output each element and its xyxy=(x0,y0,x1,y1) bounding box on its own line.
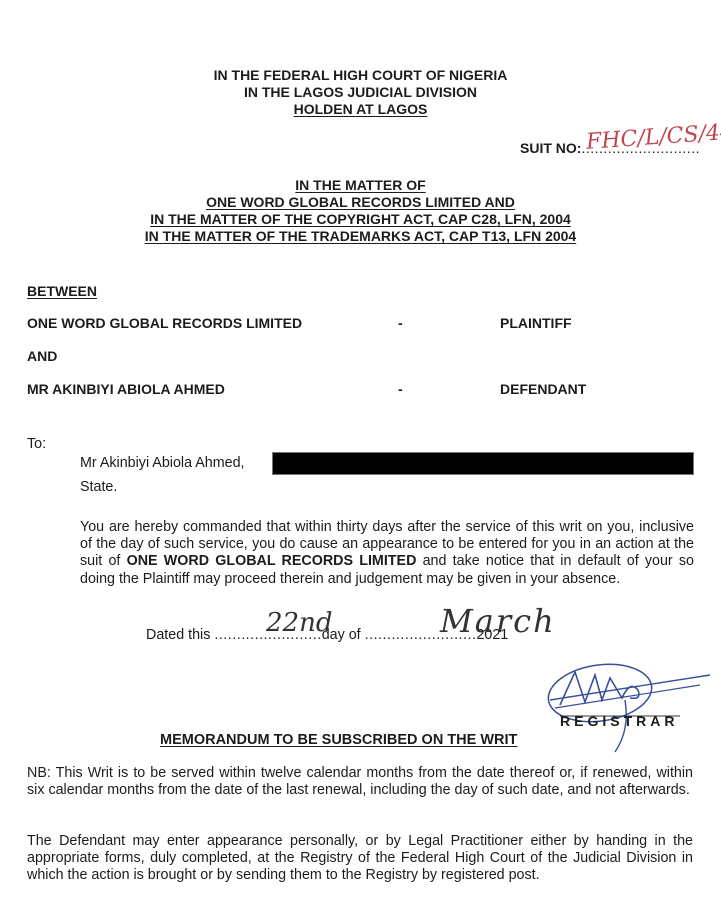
dated-day-handwritten: 22nd xyxy=(266,608,332,638)
command-paragraph: You are hereby commanded that within thi… xyxy=(80,519,694,588)
defendant-name: MR AKINBIYI ABIOLA AHMED xyxy=(27,381,225,397)
court-division: IN THE LAGOS JUDICIAL DIVISION xyxy=(0,84,721,101)
matter-line: IN THE MATTER OF xyxy=(0,177,721,194)
command-plaintiff: ONE WORD GLOBAL RECORDS LIMITED xyxy=(127,553,417,569)
memorandum-nb: NB: This Writ is to be served within twe… xyxy=(27,765,693,799)
addressee-state: State. xyxy=(80,479,117,496)
defendant-role: DEFENDANT xyxy=(500,381,586,397)
memorandum-appearance: The Defendant may enter appearance perso… xyxy=(27,833,693,885)
between-label: BETWEEN xyxy=(27,283,97,299)
addressee-name: Mr Akinbiyi Abiola Ahmed, xyxy=(80,455,245,472)
matter-line: IN THE MATTER OF THE TRADEMARKS ACT, CAP… xyxy=(0,228,721,245)
dated-month-handwritten: March xyxy=(440,602,556,640)
registrar-signature-icon xyxy=(530,660,720,755)
and-label: AND xyxy=(27,348,57,364)
matter-block: IN THE MATTER OF ONE WORD GLOBAL RECORDS… xyxy=(0,177,721,245)
matter-line: IN THE MATTER OF THE COPYRIGHT ACT, CAP … xyxy=(0,211,721,228)
court-header: IN THE FEDERAL HIGH COURT OF NIGERIA IN … xyxy=(0,67,721,118)
dated-prefix: Dated this xyxy=(146,627,210,643)
court-name: IN THE FEDERAL HIGH COURT OF NIGERIA xyxy=(0,67,721,84)
suit-number-label: SUIT NO: xyxy=(520,140,581,156)
matter-line: ONE WORD GLOBAL RECORDS LIMITED AND xyxy=(0,194,721,211)
plaintiff-dash: - xyxy=(398,315,403,331)
court-holden: HOLDEN AT LAGOS xyxy=(0,101,721,118)
suit-number-handwritten: FHC/L/CS/447/ xyxy=(585,118,721,155)
defendant-dash: - xyxy=(398,381,403,397)
plaintiff-role: PLAINTIFF xyxy=(500,315,572,331)
plaintiff-name: ONE WORD GLOBAL RECORDS LIMITED xyxy=(27,315,302,331)
registrar-title: REGISTRAR xyxy=(560,713,678,729)
to-label: To: xyxy=(27,436,46,453)
redacted-address xyxy=(272,452,694,475)
memorandum-heading: MEMORANDUM TO BE SUBSCRIBED ON THE WRIT xyxy=(160,732,517,748)
